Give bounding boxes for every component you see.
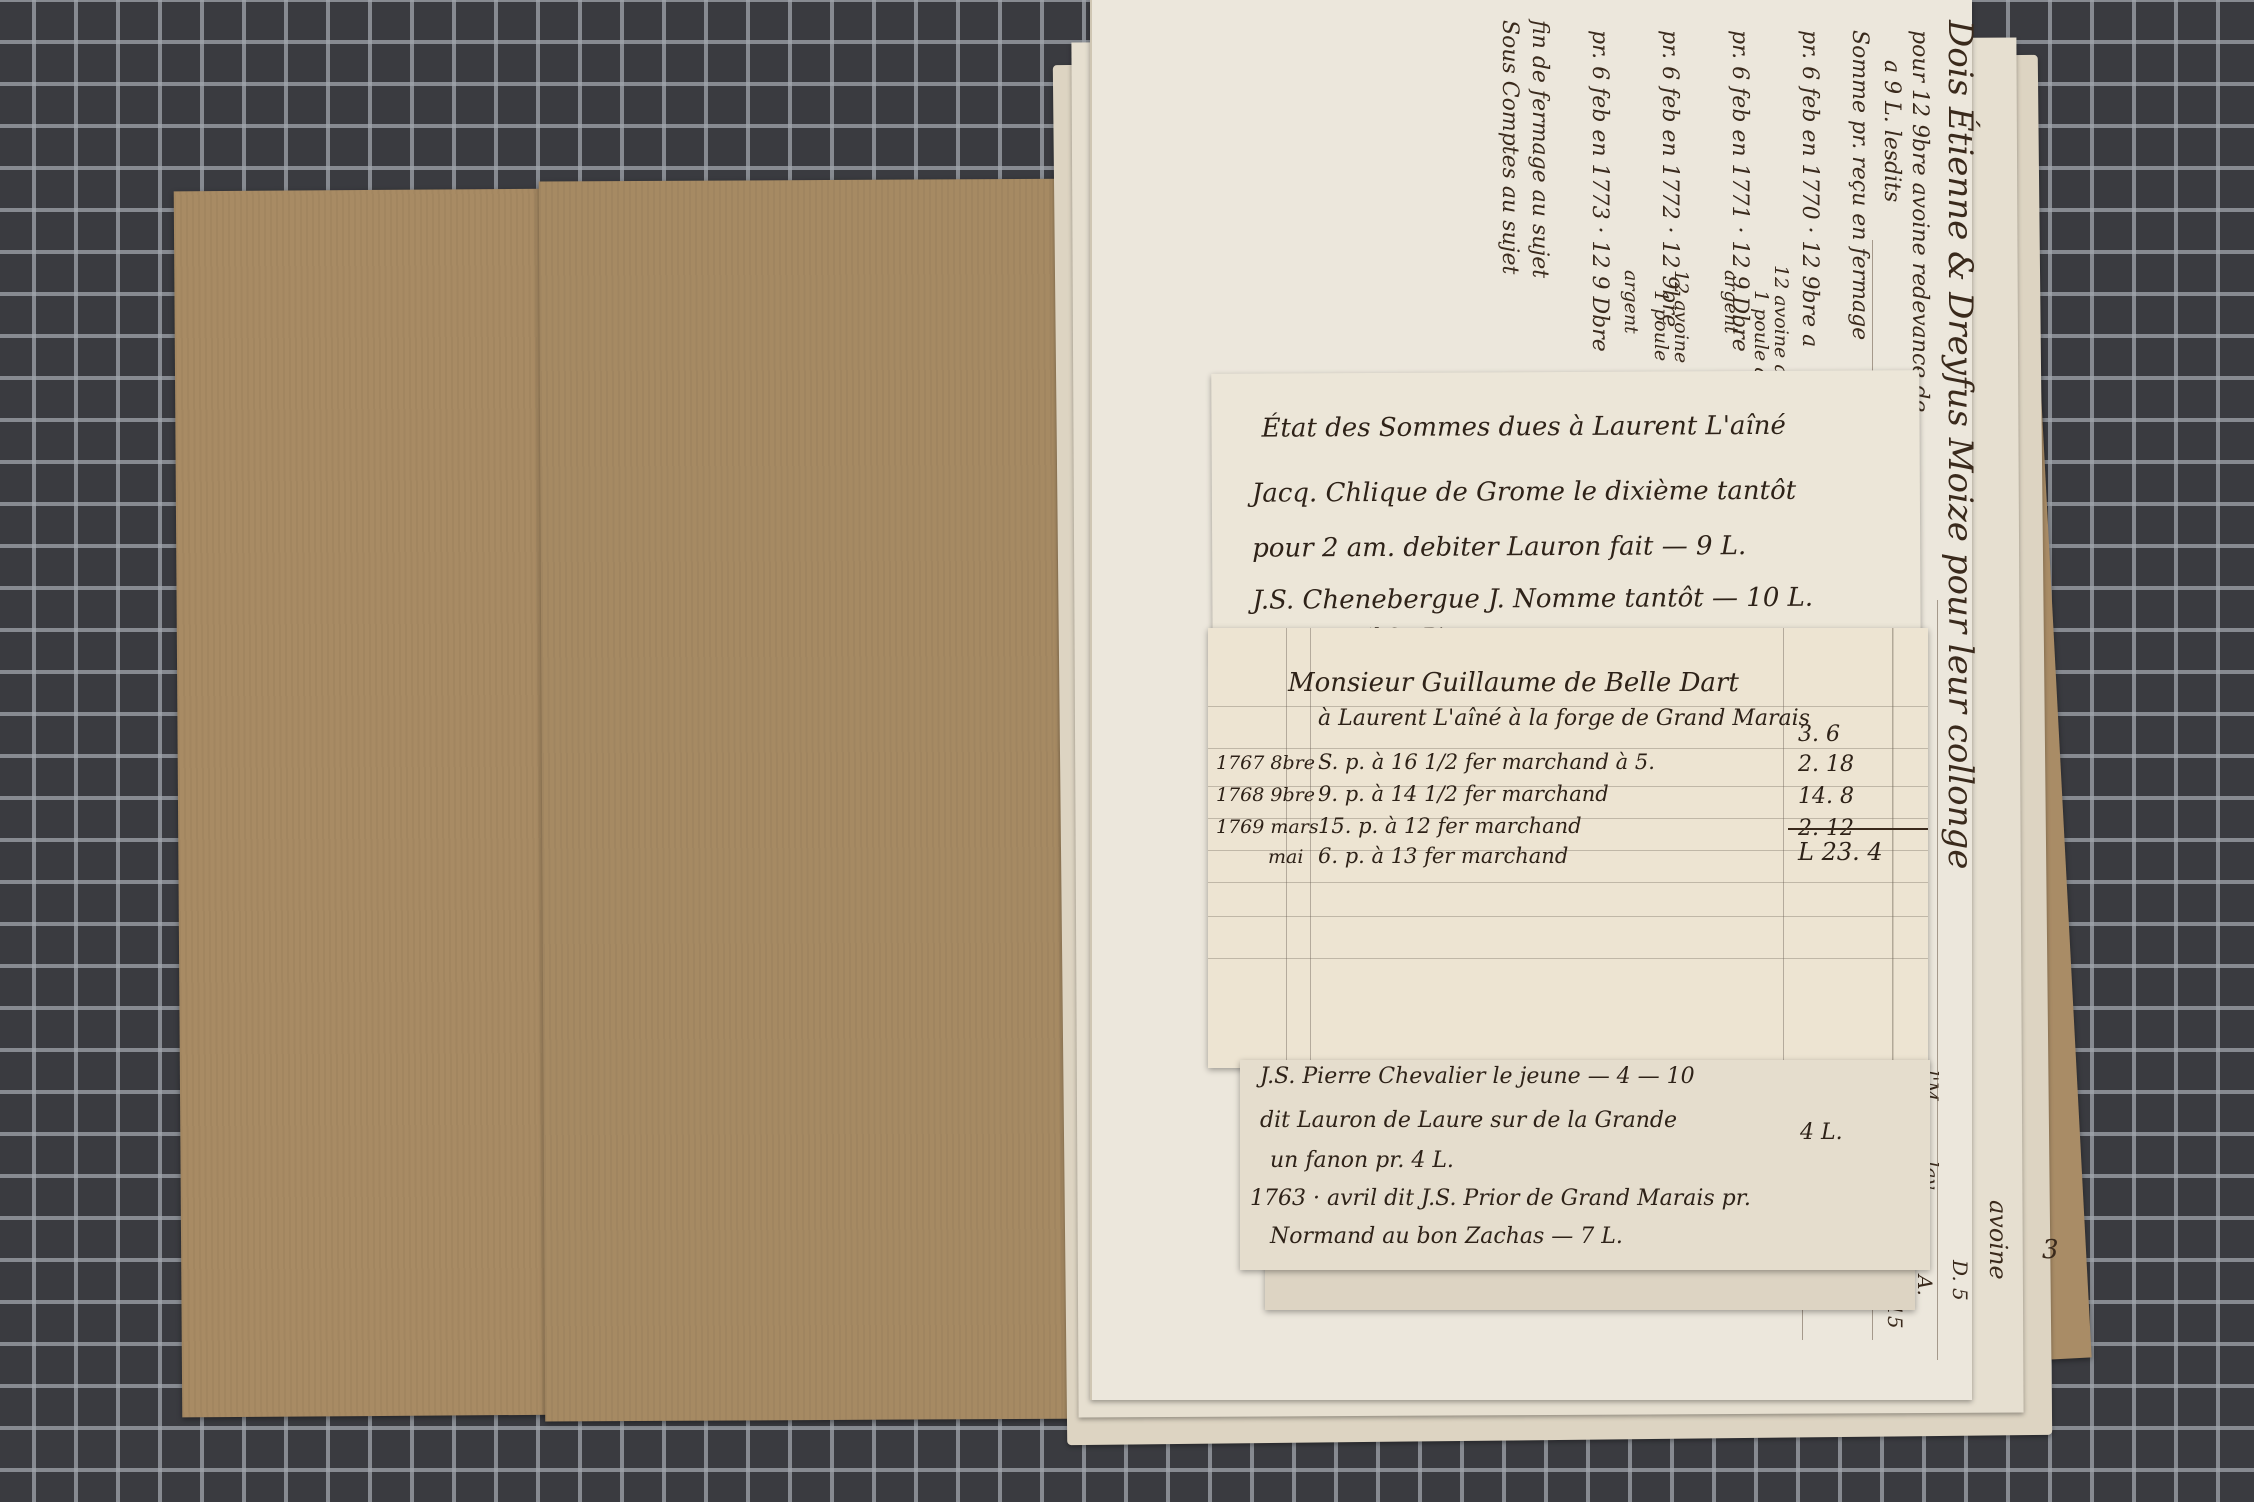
account-slip-belle-dart: Monsieur Guillaume de Belle Dart à Laure… xyxy=(1208,628,1928,1068)
ruled-column xyxy=(1783,628,1784,1068)
slip-a-line: Jacq. Chlique de Grome le dixième tantôt xyxy=(1252,476,1796,509)
entry-description: S. p. à 16 1/2 fer marchand à 5. xyxy=(1318,750,1655,774)
ruled-line xyxy=(1208,748,1928,749)
sheet-margin-entry: pr. 6 feb en 1770 · 12 9bre a xyxy=(1797,30,1822,347)
slip-a-line: pour 2 am. debiter Lauron fait — 9 L. xyxy=(1252,531,1746,564)
entry-date: 1768 9bre xyxy=(1216,784,1315,806)
slip-c-amount: 4 L. xyxy=(1800,1120,1843,1145)
entry-amount: 14. 8 xyxy=(1798,784,1854,809)
sheet-column-entry: 1 poule a xyxy=(1750,290,1772,379)
sheet-margin-entry: fin de fermage au sujet xyxy=(1527,20,1552,278)
folder-right-flap xyxy=(539,179,1115,1422)
sheet-margin-entry: Sous Comptes au sujet xyxy=(1497,20,1522,274)
sheet-corner-note: avoine xyxy=(1984,1200,2012,1280)
ruled-line xyxy=(1208,882,1928,883)
sheet-column-entry: argent xyxy=(1620,270,1642,334)
sheet-column-entry: 12 avoine a xyxy=(1770,265,1792,376)
sheet-header-line-2: pour 12 9bre avoine redevance de xyxy=(1907,30,1932,412)
entry-date: 1769 mars xyxy=(1216,816,1319,838)
total-rule xyxy=(1788,828,1928,830)
sheet-header-line-1: Dois Étienne & Dreyfus Moize pour leur c… xyxy=(1940,20,1980,869)
slip-c-line: J.S. Pierre Chevalier le jeune — 4 — 10 xyxy=(1260,1064,1695,1089)
sheet-margin-entry: Somme pr. reçu en fermage xyxy=(1847,30,1872,340)
ledger-rule xyxy=(1937,600,1938,1360)
entry-date: 1767 8bre xyxy=(1216,752,1315,774)
sheet-page-number: 3 xyxy=(2042,1235,2059,1265)
account-subtitle: à Laurent L'aîné à la forge de Grand Mar… xyxy=(1318,706,1810,731)
account-total: L 23. 4 xyxy=(1798,838,1883,866)
account-title: Monsieur Guillaume de Belle Dart xyxy=(1288,668,1739,698)
entry-date: mai xyxy=(1268,846,1303,868)
sheet-corner-note: D. 5 xyxy=(1948,1260,1972,1301)
sheet-column-entry: argent xyxy=(1720,270,1742,334)
sheet-margin-entry: pr. 6 feb en 1773 · 12 9 Dbre xyxy=(1587,30,1612,352)
folder-left-flap xyxy=(174,189,571,1418)
ruled-line xyxy=(1208,958,1928,959)
slip-a-line: J.S. Chenebergue J. Nomme tantôt — 10 L. xyxy=(1252,583,1813,616)
ruled-line xyxy=(1208,916,1928,917)
entry-amount: 2. 18 xyxy=(1798,752,1854,777)
receipt-slip-laurent: État des Sommes dues à Laurent L'aîné Ja… xyxy=(1211,370,1921,664)
sheet-column-entry: 1 poule xyxy=(1650,290,1672,361)
slip-a-line: État des Sommes dues à Laurent L'aîné xyxy=(1261,411,1785,444)
slip-c-line: un fanon pr. 4 L. xyxy=(1270,1148,1454,1173)
slip-c-line: dit Lauron de Laure sur de la Grande xyxy=(1260,1108,1677,1133)
entry-description: 6. p. à 13 fer marchand xyxy=(1318,844,1568,868)
entry-amount: 3. 6 xyxy=(1798,722,1840,747)
sheet-corner-note: A. xyxy=(1913,1275,1937,1296)
entry-description: 9. p. à 14 1/2 fer marchand xyxy=(1318,782,1609,806)
sheet-column-entry: 12 avoine xyxy=(1670,270,1692,363)
receipt-slip-chevalier: J.S. Pierre Chevalier le jeune — 4 — 10 … xyxy=(1240,1060,1930,1270)
sheet-header-line-3: a 9 L. lesdits xyxy=(1879,60,1904,202)
slip-c-line: Normand au bon Zachas — 7 L. xyxy=(1270,1224,1623,1249)
entry-description: 15. p. à 12 fer marchand xyxy=(1318,814,1582,838)
slip-c-line: 1763 · avril dit J.S. Prior de Grand Mar… xyxy=(1250,1186,1751,1211)
